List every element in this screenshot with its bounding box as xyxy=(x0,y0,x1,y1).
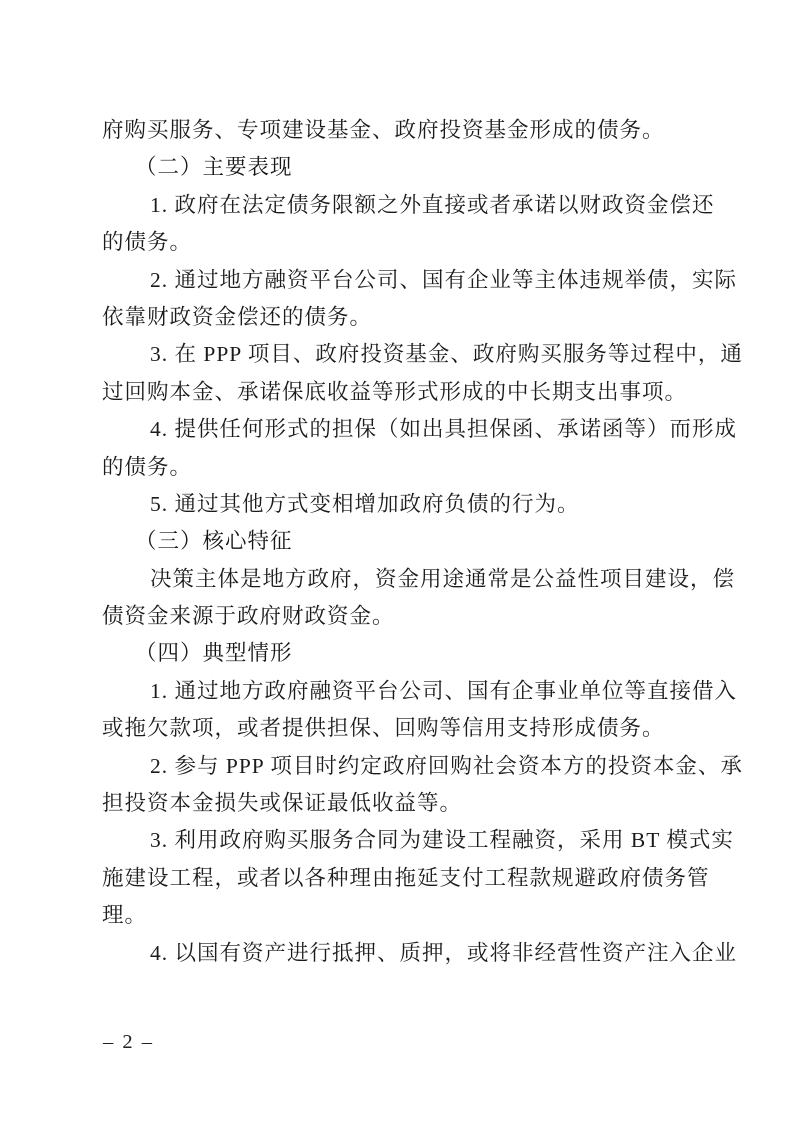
section-heading: （三）核心特征 xyxy=(102,523,720,560)
text-line: 4. 提供任何形式的担保（如出具担保函、承诺函等）而形成 xyxy=(102,411,720,448)
section-heading: （四）典型情形 xyxy=(102,635,720,672)
text-line: 或拖欠款项，或者提供担保、回购等信用支持形成债务。 xyxy=(102,710,720,747)
text-line: 3. 利用政府购买服务合同为建设工程融资，采用 BT 模式实 xyxy=(102,822,720,859)
text-line: 1. 政府在法定债务限额之外直接或者承诺以财政资金偿还 xyxy=(102,187,720,224)
text-line: 债资金来源于政府财政资金。 xyxy=(102,598,720,635)
page-footer: – 2 – xyxy=(103,1031,154,1054)
text-line: 担投资本金损失或保证最低收益等。 xyxy=(102,785,720,822)
text-line: 的债务。 xyxy=(102,224,720,261)
text-line: 5. 通过其他方式变相增加政府负债的行为。 xyxy=(102,486,720,523)
text-line: 府购买服务、专项建设基金、政府投资基金形成的债务。 xyxy=(102,112,720,149)
page-number: – 2 – xyxy=(103,1031,154,1053)
text-line: 施建设工程，或者以各种理由拖延支付工程款规避政府债务管 xyxy=(102,860,720,897)
text-line: 1. 通过地方政府融资平台公司、国有企事业单位等直接借入 xyxy=(102,673,720,710)
section-heading: （二）主要表现 xyxy=(102,149,720,186)
text-line: 4. 以国有资产进行抵押、质押，或将非经营性资产注入企业 xyxy=(102,935,720,972)
text-line: 2. 参与 PPP 项目时约定政府回购社会资本方的投资本金、承 xyxy=(102,748,720,785)
text-line: 依靠财政资金偿还的债务。 xyxy=(102,299,720,336)
document-body: 府购买服务、专项建设基金、政府投资基金形成的债务。（二）主要表现1. 政府在法定… xyxy=(102,112,720,972)
document-page: 府购买服务、专项建设基金、政府投资基金形成的债务。（二）主要表现1. 政府在法定… xyxy=(0,0,793,1122)
text-line: 的债务。 xyxy=(102,449,720,486)
text-line: 过回购本金、承诺保底收益等形式形成的中长期支出事项。 xyxy=(102,374,720,411)
text-line: 决策主体是地方政府，资金用途通常是公益性项目建设，偿 xyxy=(102,561,720,598)
text-line: 2. 通过地方融资平台公司、国有企业等主体违规举债，实际 xyxy=(102,262,720,299)
text-line: 3. 在 PPP 项目、政府投资基金、政府购买服务等过程中，通 xyxy=(102,336,720,373)
text-line: 理。 xyxy=(102,897,720,934)
